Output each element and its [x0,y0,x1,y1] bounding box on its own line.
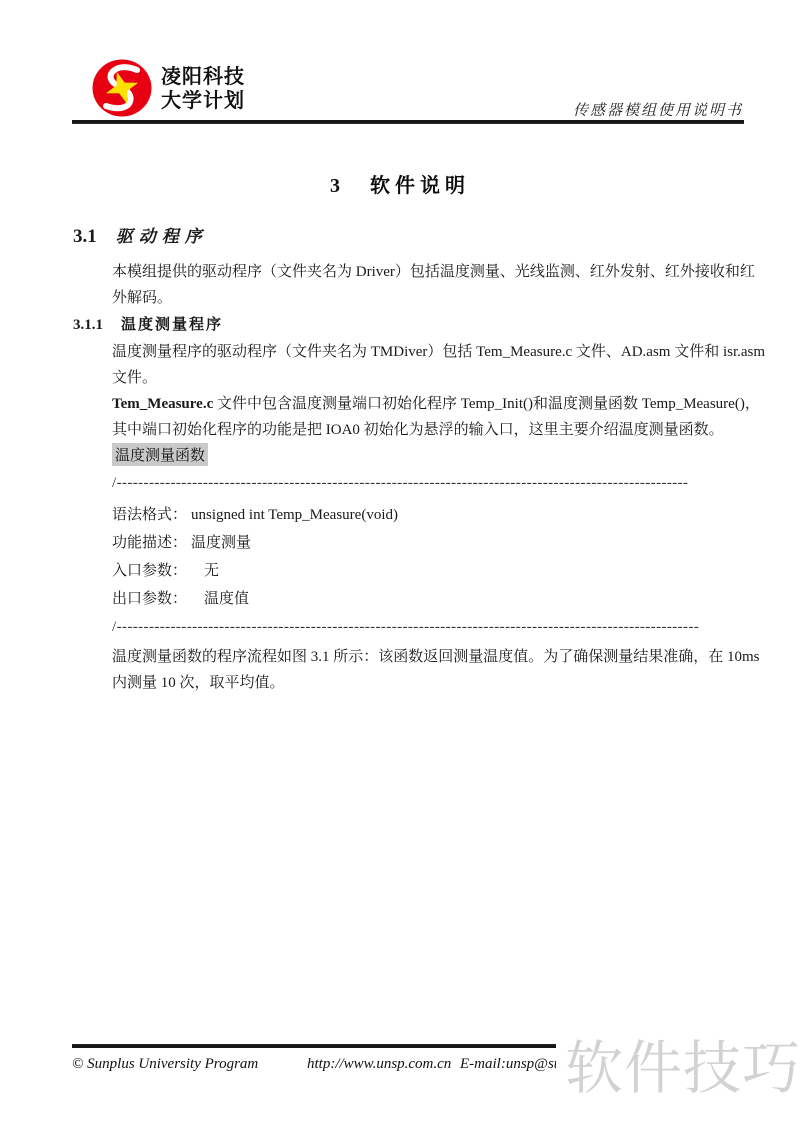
section-heading-3-1: 3.1驱动程序 [73,222,208,248]
function-row-syntax: 语法格式：unsigned int Temp_Measure(void) [112,503,398,524]
row-label: 语法格式： [112,507,187,523]
section-label: 温度测量程序 [121,316,223,333]
logo-wordmark: 凌阳科技 大学计划 [161,65,245,113]
paragraph-tmdriver-files: 温度测量程序的驱动程序（文件夹名为 TMDiver）包括 Tem_Measure… [112,339,729,391]
row-value: unsigned int Temp_Measure(void) [191,507,398,523]
sunplus-logo-icon [92,59,152,122]
chapter-title: 3 软件说明 [0,169,800,198]
text-line: 温度测量程序的驱动程序（文件夹名为 TMDiver）包括 Tem_Measure… [112,339,729,365]
row-label: 出口参数： [112,591,187,607]
section-number: 3.1.1 [73,317,103,333]
highlighted-term: 温度测量函数 [112,443,208,466]
footer-url: http://www.unsp.com.cn [307,1056,451,1073]
section-heading-3-1-1: 3.1.1温度测量程序 [73,313,223,334]
function-row-description: 功能描述：温度测量 [112,531,251,552]
text-line: 温度测量函数的程序流程如图 3.1 所示：该函数返回测量温度值。为了确保测量结果… [112,644,729,670]
text-line: 本模组提供的驱动程序（文件夹名为 Driver）包括温度测量、光线监测、红外发射… [112,259,729,285]
paragraph-driver-overview: 本模组提供的驱动程序（文件夹名为 Driver）包括温度测量、光线监测、红外发射… [112,259,729,311]
text-line: 外解码。 [112,285,729,311]
row-label: 入口参数： [112,563,187,579]
row-value: 温度测量 [191,535,251,551]
function-row-input-params: 入口参数：无 [112,559,219,580]
row-value: 无 [204,563,219,579]
document-page: { "header": { "logo_line1": "凌阳科技", "log… [0,0,800,1132]
watermark-text: 软件技巧 [556,1034,800,1104]
document-type-label: 传感器模组使用说明书 [573,99,743,120]
paragraph-tem-measure: Tem_Measure.c 文件中包含温度测量端口初始化程序 Temp_Init… [112,391,729,443]
logo-line2: 大学计划 [161,89,245,113]
section-label: 驱动程序 [116,227,208,246]
watermark-overlay: 软件技巧 [556,1034,800,1108]
text-span: 文件中包含温度测量端口初始化程序 Temp_Init()和温度测量函数 Temp… [213,396,760,412]
function-row-output-params: 出口参数：温度值 [112,587,249,608]
footer-copyright: © Sunplus University Program [72,1056,258,1073]
paragraph-flow-description: 温度测量函数的程序流程如图 3.1 所示：该函数返回测量温度值。为了确保测量结果… [112,644,729,696]
section-number: 3.1 [73,226,97,247]
text-line: 内测量 10 次，取平均值。 [112,670,729,696]
header-rule [72,120,744,124]
text-line: 文件。 [112,365,729,391]
row-label: 功能描述： [112,535,187,551]
footer-email: E-mail:unsp@su [460,1056,561,1073]
logo-line1: 凌阳科技 [161,65,245,89]
text-line: Tem_Measure.c 文件中包含温度测量端口初始化程序 Temp_Init… [112,391,729,417]
row-value: 温度值 [204,591,249,607]
filename-bold: Tem_Measure.c [112,396,213,412]
divider-dashed-bottom: /---------------------------------------… [112,619,699,636]
text-line: 其中端口初始化程序的功能是把 IOA0 初始化为悬浮的输入口，这里主要介绍温度测… [112,417,729,443]
divider-dashed-top: /---------------------------------------… [112,475,688,492]
